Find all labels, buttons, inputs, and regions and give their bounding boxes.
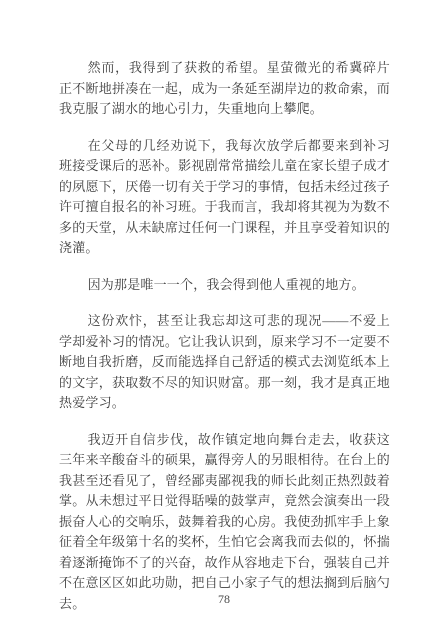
paragraph-1: 然而，我得到了获救的希望。星萤微光的希冀碎片正不断地拼凑在一起，成为一条延至湖岸… <box>59 58 390 120</box>
paragraph-2: 在父母的几经劝说下，我每次放学后都要来到补习班接受课后的恶补。影视剧常常描绘儿童… <box>59 136 390 259</box>
paragraph-3: 因为那是唯一一个，我会得到他人重视的地方。 <box>59 275 390 296</box>
document-page: 然而，我得到了获救的希望。星萤微光的希冀碎片正不断地拼凑在一起，成为一条延至湖岸… <box>0 0 448 640</box>
page-number: 78 <box>0 592 448 607</box>
paragraph-4: 这份欢忭，甚至让我忘却这可悲的现况——不爱上学却爱补习的情况。它让我认识到，原来… <box>59 311 390 414</box>
essay-body: 然而，我得到了获救的希望。星萤微光的希冀碎片正不断地拼凑在一起，成为一条延至湖岸… <box>59 58 390 614</box>
paragraph-5: 我迈开自信步伐，故作镇定地向舞台走去，收获这三年来辛酸奋斗的硕果，赢得旁人的另眼… <box>59 430 390 615</box>
